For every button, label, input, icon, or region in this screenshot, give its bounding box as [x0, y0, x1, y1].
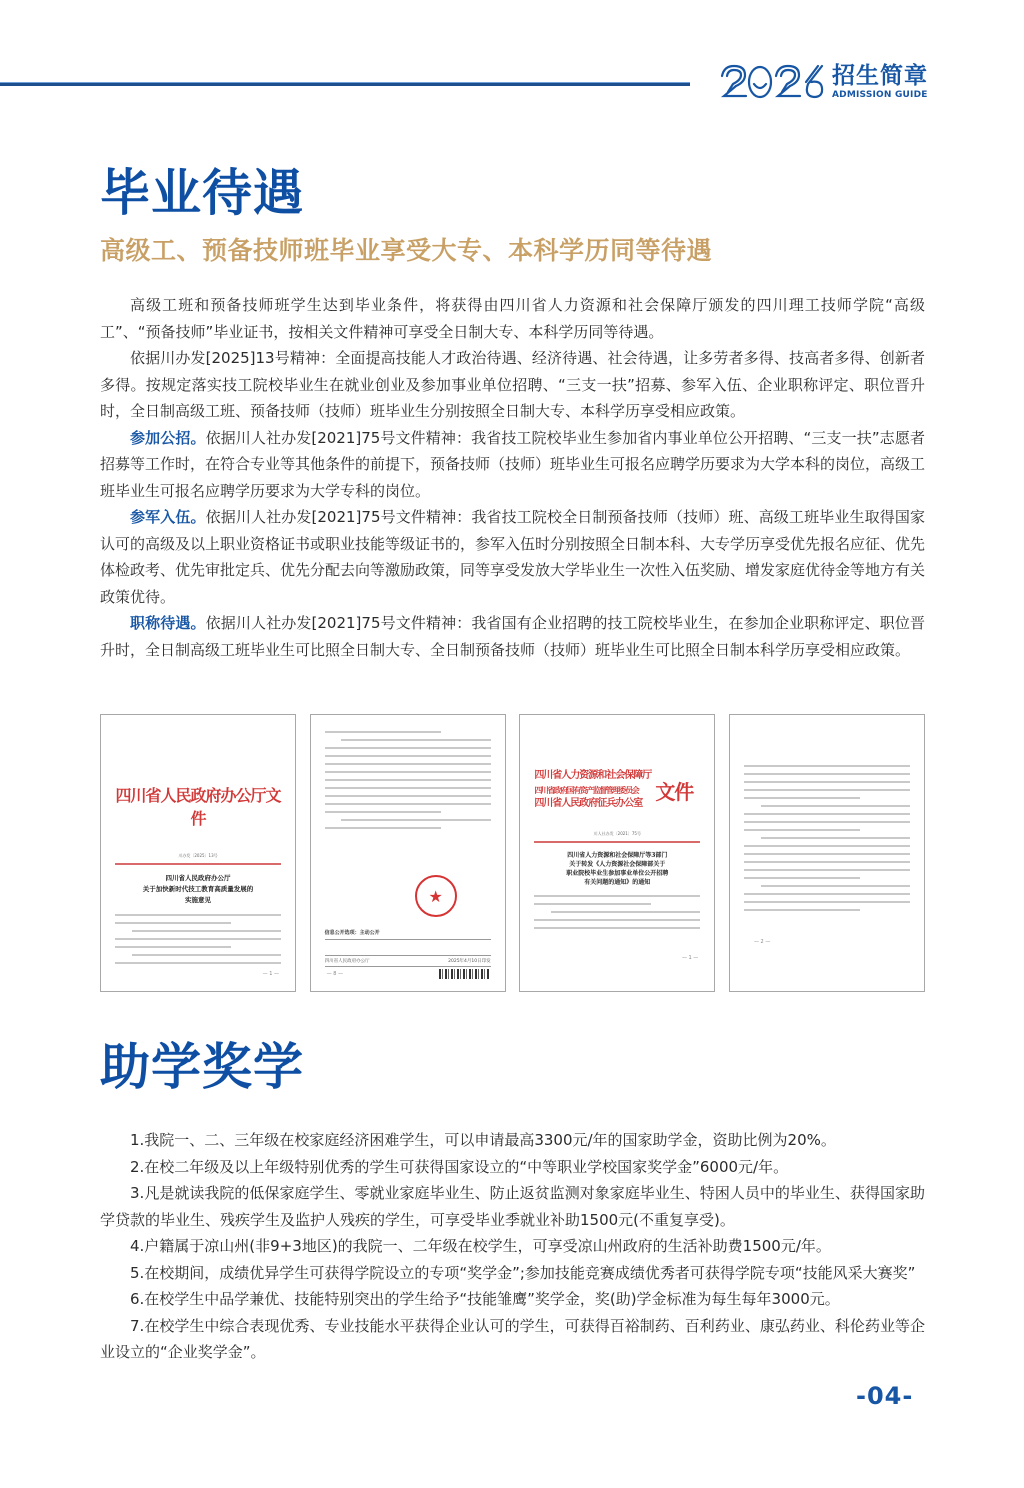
document-page-number: — 2 —	[754, 939, 770, 945]
list-item: 6.在校学生中品学兼优、技能特别突出的学生给予“技能雏鹰”奖学金，奖(助)学金标…	[100, 1286, 925, 1313]
red-rule	[534, 841, 700, 843]
list-item: 2.在校二年级及以上年级特别优秀的学生可获得国家设立的“中等职业学校国家奖学金”…	[100, 1154, 925, 1181]
document-page-number: — 1 —	[682, 955, 698, 961]
list-item: 3.凡是就读我院的低保家庭学生、零就业家庭毕业生、防止返贫监测对象家庭毕业生、特…	[100, 1180, 925, 1233]
paragraph: 依据川办发[2025]13号精神：全面提高技能人才政治待遇、经济待遇、社会待遇，…	[100, 345, 925, 425]
section-subtitle: 高级工、预备技师班毕业享受大专、本科学历同等待遇	[100, 236, 712, 266]
document-gallery: 四川省人民政府办公厅文件 川办发〔2025〕13号 四川省人民政府办公厅 关于加…	[100, 714, 925, 992]
document-image: 四川省人力资源和社会保障厅 四川省政府国有资产监督管理委员会 四川省人民政府征兵…	[519, 714, 715, 992]
text-lines	[744, 765, 910, 911]
paragraph-military: 参军入伍。依据川人社办发[2021]75号文件精神：我省技工院校全日制预备技师（…	[100, 504, 925, 610]
paragraph-public-recruitment: 参加公招。依据川人社办发[2021]75号文件精神：我省技工院校毕业生参加省内事…	[100, 425, 925, 505]
document-number: 川办发〔2025〕13号	[115, 853, 281, 859]
financial-aid-list: 1.我院一、二、三年级在校家庭经济困难学生，可以申请最高3300元/年的国家助学…	[100, 1127, 925, 1366]
paragraph-lead: 参军入伍。	[130, 508, 206, 526]
document-number: 川人社办发〔2021〕75号	[534, 831, 700, 837]
document-image: — 2 —	[729, 714, 925, 992]
paragraph-lead: 参加公招。	[130, 429, 206, 447]
brand-title: 招生简章	[832, 65, 928, 88]
print-date: 2025年4月10日印发	[448, 958, 491, 964]
document-page-number: — 8 —	[327, 971, 343, 977]
header-rule	[0, 82, 690, 86]
paragraph-lead: 职称待遇。	[130, 614, 206, 632]
red-rule	[115, 863, 281, 865]
text-lines	[534, 895, 700, 929]
official-seal-icon: ★	[415, 875, 457, 917]
document-redhead: 四川省人力资源和社会保障厅 四川省政府国有资产监督管理委员会 四川省人民政府征兵…	[534, 769, 700, 811]
list-item: 4.户籍属于凉山州(非9+3地区)的我院一、二年级在校学生，可享受凉山州政府的生…	[100, 1233, 925, 1260]
text-lines	[115, 914, 281, 964]
section-title-financial-aid: 助学奖学	[100, 1042, 304, 1092]
issuer: 四川省人民政府办公厅	[325, 958, 370, 964]
brand-subtitle: ADMISSION GUIDE	[832, 91, 928, 100]
list-item: 7.在校学生中综合表现优秀、专业技能水平获得企业认可的学生，可获得百裕制药、百利…	[100, 1313, 925, 1366]
section-title-graduation: 毕业待遇	[100, 168, 304, 218]
graduation-body: 高级工班和预备技师班学生达到毕业条件，将获得由四川省人力资源和社会保障厅颁发的四…	[100, 292, 925, 663]
document-image: ★ 信息公开选项：主动公开 四川省人民政府办公厅 2025年4月10日印发 — …	[310, 714, 506, 992]
brand-logo: 招生简章 ADMISSION GUIDE	[718, 62, 928, 102]
paragraph-professional-title: 职称待遇。依据川人社办发[2021]75号文件精神：我省国有企业招聘的技工院校毕…	[100, 610, 925, 663]
list-item: 5.在校期间，成绩优异学生可获得学院设立的专项“奖学金”;参加技能竞赛成绩优秀者…	[100, 1260, 925, 1287]
page-number: -04-	[856, 1382, 913, 1410]
document-image: 四川省人民政府办公厅文件 川办发〔2025〕13号 四川省人民政府办公厅 关于加…	[100, 714, 296, 992]
document-page-number: — 1 —	[263, 971, 279, 977]
divider	[325, 939, 491, 940]
document-heading: 四川省人力资源和社会保障厅等3部门 关于转发《人力资源社会保障部关于 职业院校毕…	[534, 851, 700, 887]
list-item: 1.我院一、二、三年级在校家庭经济困难学生，可以申请最高3300元/年的国家助学…	[100, 1127, 925, 1154]
document-heading: 四川省人民政府办公厅 关于加快新时代技工教育高质量发展的 实施意见	[115, 873, 281, 906]
year-2026-logo-icon	[718, 62, 826, 102]
paragraph: 高级工班和预备技师班学生达到毕业条件，将获得由四川省人力资源和社会保障厅颁发的四…	[100, 292, 925, 345]
divider	[325, 955, 491, 956]
disclosure-option: 信息公开选项：主动公开	[325, 929, 380, 936]
divider	[325, 966, 491, 967]
text-lines	[325, 731, 491, 829]
document-redhead: 四川省人民政府办公厅文件	[115, 783, 281, 829]
barcode-icon	[439, 969, 489, 979]
